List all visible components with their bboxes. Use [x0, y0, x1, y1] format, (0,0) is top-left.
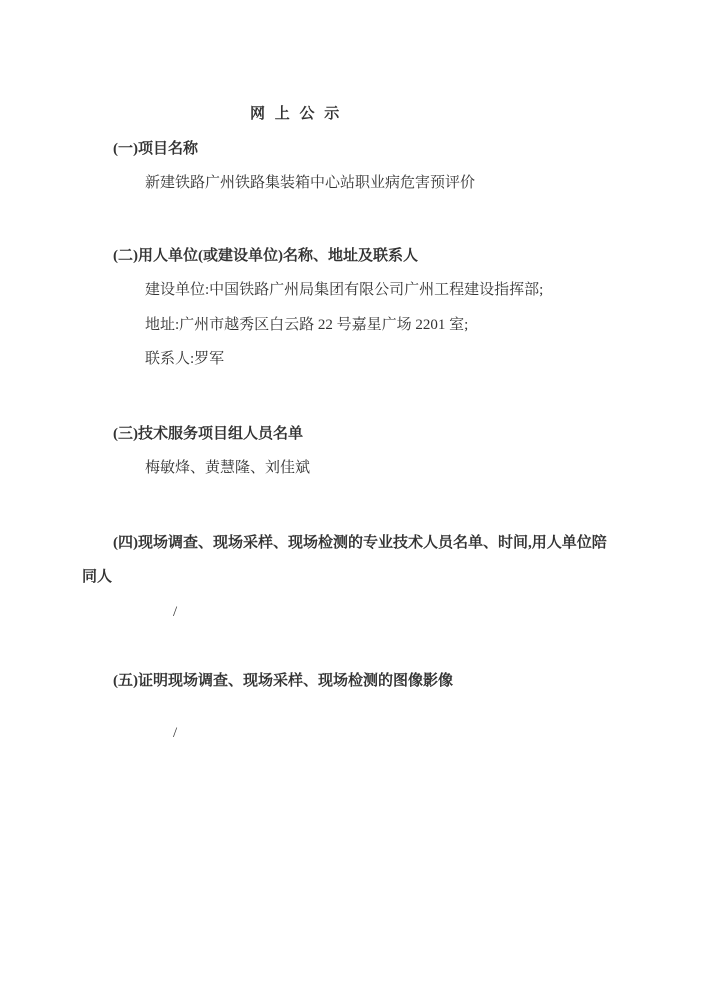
section-4-heading: (四)现场调查、现场采样、现场检测的专业技术人员名单、时间,用人单位陪同人: [82, 526, 612, 595]
section-project-name: (一)项目名称 新建铁路广州铁路集装箱中心站职业病危害预评价: [82, 132, 612, 201]
team-members-text: 梅敏烽、黄慧隆、刘佳斌: [82, 451, 612, 486]
contact-person-text: 联系人:罗军: [82, 342, 612, 377]
page-title: 网 上 公 示: [82, 97, 625, 132]
section-3-heading: (三)技术服务项目组人员名单: [82, 417, 612, 452]
section-1-heading: (一)项目名称: [82, 132, 612, 167]
address-text: 地址:广州市越秀区白云路 22 号嘉星广场 2201 室;: [82, 308, 612, 343]
construction-unit-text: 建设单位:中国铁路广州局集团有限公司广州工程建设指挥部;: [82, 273, 612, 308]
project-name-text: 新建铁路广州铁路集装箱中心站职业病危害预评价: [82, 166, 612, 201]
section-employer-info: (二)用人单位(或建设单位)名称、地址及联系人 建设单位:中国铁路广州局集团有限…: [82, 239, 612, 377]
section-project-team: (三)技术服务项目组人员名单 梅敏烽、黄慧隆、刘佳斌: [82, 417, 612, 486]
section-2-heading: (二)用人单位(或建设单位)名称、地址及联系人: [82, 239, 612, 274]
section-4-placeholder: /: [82, 595, 612, 630]
section-5-placeholder: /: [82, 716, 612, 751]
section-site-investigation: (四)现场调查、现场采样、现场检测的专业技术人员名单、时间,用人单位陪同人 /: [82, 526, 612, 630]
document-page: 网 上 公 示 (一)项目名称 新建铁路广州铁路集装箱中心站职业病危害预评价 (…: [0, 0, 707, 1000]
section-evidence-images: (五)证明现场调查、现场采样、现场检测的图像影像 /: [82, 664, 612, 750]
section-5-heading: (五)证明现场调查、现场采样、现场检测的图像影像: [82, 664, 612, 699]
